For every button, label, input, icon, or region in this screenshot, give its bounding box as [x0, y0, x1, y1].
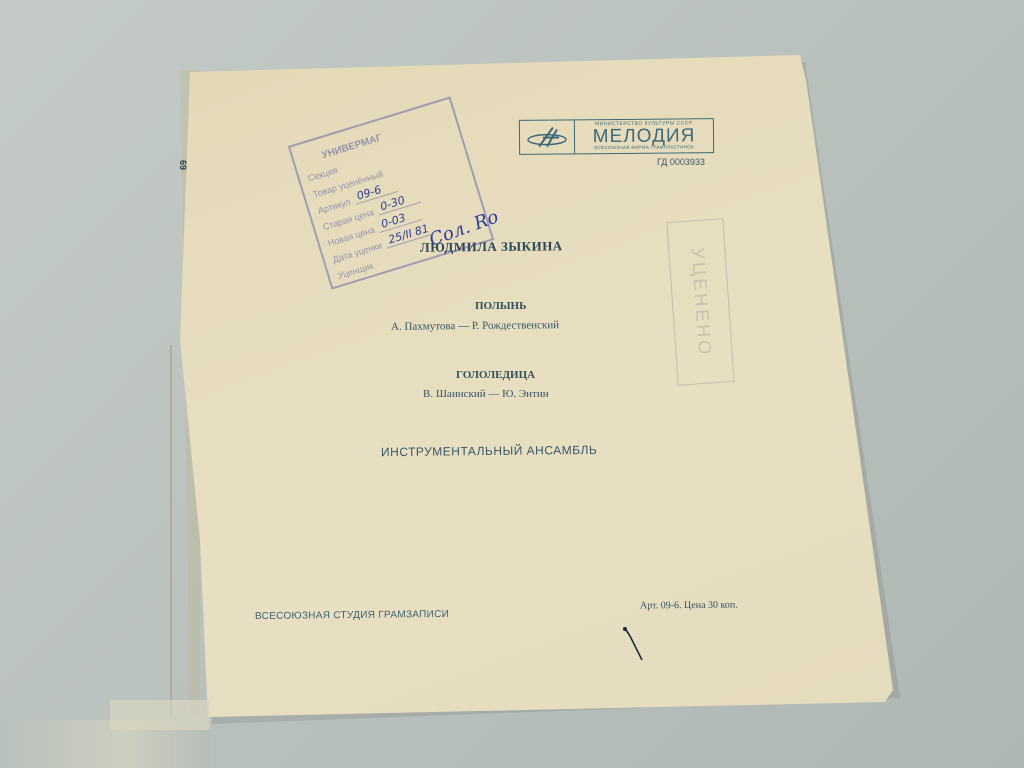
accompaniment: ИНСТРУМЕНТАЛЬНЫЙ АНСАМБЛЬ [381, 443, 597, 459]
track-credits: А. Пахмутова — Р. Рождественский [391, 319, 559, 333]
melodiya-logo: МИНИСТЕРСТВО КУЛЬТУРЫ СССР МЕЛОДИЯ ВСЕСО… [519, 118, 714, 155]
pixelated-region [110, 700, 210, 730]
track-title: ПОЛЫНЬ [475, 300, 526, 312]
track-credits: В. Шаинский — Ю. Энтин [423, 388, 549, 400]
studio-name: ВСЕСОЮЗНАЯ СТУДИЯ ГРАМЗАПИСИ [255, 609, 449, 622]
pen-mark [622, 626, 644, 662]
artist-name: ЛЮДМИЛА ЗЫКИНА [420, 238, 563, 255]
side-mark: 69 [178, 160, 188, 170]
record-sleeve [0, 0, 1024, 768]
brand-name: МЕЛОДИЯ [593, 127, 696, 147]
price-line: Арт. 09-6. Цена 30 коп. [640, 600, 738, 612]
track-title: ГОЛОЛЕДИЦА [456, 369, 535, 381]
faded-stamp: УЦЕНЕНО [666, 218, 734, 386]
company-line: ВСЕСОЮЗНАЯ ФИРМА ГРАМПЛАСТИНОК [594, 146, 694, 151]
fold-line [170, 345, 172, 715]
faded-stamp-text: УЦЕНЕНО [686, 247, 715, 358]
melodiya-logo-icon [520, 120, 575, 153]
catalog-number: ГД 0003933 [657, 157, 705, 167]
